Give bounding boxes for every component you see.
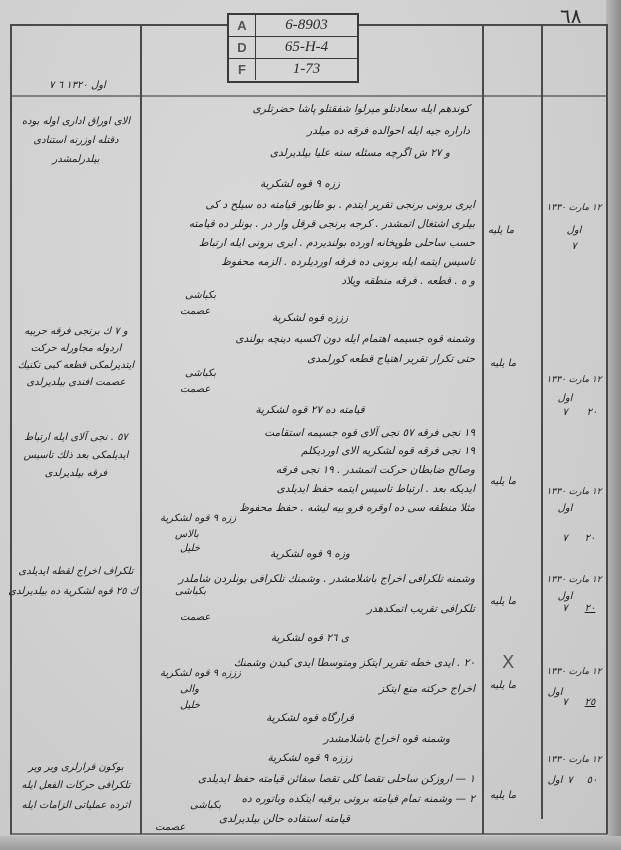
remark-line: اثرده عملياتى الزامات ايله	[14, 796, 138, 815]
body-line: تاسيس ايتمه ايله برونى ده فرقه اورديلرده…	[150, 253, 475, 272]
section-heading: وزه ٩ قوه لشكرية	[220, 548, 400, 560]
stamp-row-a: A 6-8903	[229, 15, 357, 37]
body-line: و ه . قطعه . فرقه منطقه ويلاد	[150, 272, 475, 291]
body-line: حتى تكرار تقرير اهتياج قطعه كورلمدى	[150, 350, 475, 369]
signature-rank: بكباشى	[175, 586, 206, 597]
date-line: ٢٥	[578, 694, 602, 711]
col-divider-remarks	[140, 24, 142, 834]
date-line: ٧	[563, 772, 577, 789]
body-line: حسب ساحلى طوپخانه اورده بولنديردم . ايرى…	[150, 234, 475, 253]
header-rule-2	[10, 95, 607, 97]
date-line: ٥٠	[580, 772, 604, 789]
signature-name: خليل	[180, 543, 200, 554]
remark-line: تلكراف اخراج لقطه ايديلدى	[14, 562, 138, 581]
date-line: ٢٠	[578, 600, 602, 617]
location-cell: ما يليه	[488, 225, 514, 236]
section-heading: قيامته ده ٢٧ قوه لشكرية	[220, 404, 400, 416]
stamp-row-d: D 65-H-4	[229, 37, 357, 59]
remark-line: عصمت افندى بيلديرلدى	[14, 373, 138, 392]
signature-rank: بكباشى	[185, 368, 216, 379]
signature-name: عصمت	[180, 384, 210, 395]
date-line: ١٢ مارت ١٣٣٠	[545, 572, 603, 589]
section-heading: ززه ٩ قوه لشكرية	[200, 178, 400, 190]
signature-name: عصمت	[155, 822, 185, 833]
signature-rank: بكباشى	[185, 290, 216, 301]
left-border	[10, 24, 12, 834]
body-line: ١٩ نجى فرقه ٥٧ نجى آلاى قوه جسيمه استقام…	[150, 424, 475, 443]
sub-heading: زززه ٩ قوه لشكرية	[220, 752, 400, 764]
x-mark: X	[502, 652, 514, 673]
stamp-value: 65-H-4	[256, 37, 357, 58]
signature-name: عصمت	[180, 612, 210, 623]
body-line: داراره جيه ايله احوالده فرقه ده ميلدر	[150, 122, 470, 141]
date-line: ٢٠	[578, 530, 602, 547]
date-line: اول	[545, 222, 603, 239]
signature-name: عصمت	[180, 306, 210, 317]
date-line: اول	[545, 772, 565, 789]
remark-line: ايديلمكى بعد ذلك تاسيس	[14, 446, 138, 465]
pre-body-line: وشمنه قوه اخراج باشلامشدر	[150, 730, 450, 749]
col-divider-text	[482, 24, 484, 834]
date-line: ٧	[545, 404, 585, 421]
body-line: بيلرى اشتغال اتمشدر . كرجه برنجى قرقل وا…	[150, 215, 475, 234]
body-line: وشمنه قوه جسيمه اهتمام ايله دون اكسيه دي…	[150, 330, 475, 349]
stamp-key: A	[229, 15, 256, 36]
stamp-key: F	[229, 59, 256, 80]
body-line: ١٩ نجى فرقه قوه لشكريه الاى اورديكلم	[150, 442, 475, 461]
page-edge-shadow	[606, 0, 621, 850]
footer-rule	[10, 833, 607, 835]
signature-rank: والى	[180, 684, 199, 695]
remark-line: تلكرافى حركات الفعل ايله	[14, 776, 138, 795]
remark-line: ٥٧ . نجى آلاى ايله ارتباط	[14, 428, 138, 447]
date-line: ١٢ مارت ١٣٣٠	[545, 664, 603, 681]
body-line: ايرى برونى برنجى تقرير ايتدم . بو طابور …	[150, 196, 475, 215]
body-line: وصالح ضابطان حركت اتمشدر . ١٩ نجى فرقه	[150, 461, 475, 480]
date-line: اول	[545, 500, 585, 517]
body-line: ايديكه بعد . ارتباط تاسيس ايتمه حفظ ايدي…	[150, 480, 475, 499]
location-cell: ما يليه	[490, 680, 516, 691]
date-line: ١٢ مارت ١٣٣٠	[545, 484, 603, 501]
remark-line: دقتله اوزرنه استنادى	[14, 131, 138, 150]
section-heading: قرارگاه قوه لشكرية	[220, 712, 400, 724]
stamp-value: 6-8903	[256, 15, 357, 36]
remark-line: ك ٢٥ قوه لشكرية ده بيلديرلدى	[14, 582, 138, 601]
location-cell: ما يليه	[490, 790, 516, 801]
date-line: ١٢ مارت ١٣٣٠	[545, 200, 603, 217]
signature-rank: بالاس	[175, 529, 199, 540]
date-line: ١٢ مارت ١٣٣٠	[545, 372, 603, 389]
page-number: ٦٨	[560, 4, 581, 28]
date-line: ٧	[545, 238, 603, 255]
date-line: ١٢ مارت ١٣٣٠	[545, 752, 603, 769]
location-cell: ما يليه	[490, 358, 516, 369]
section-heading: زززه قوه لشكرية	[220, 312, 400, 324]
signature-unit: ززه ٩ قوه لشكرية	[160, 513, 236, 524]
location-cell: ما يليه	[490, 476, 516, 487]
remark-line: فرقه بيلديرلدى	[14, 464, 138, 483]
header-left-date: اول ١٣٢٠ ٦ ٧	[20, 76, 135, 95]
location-cell: ما يليه	[490, 596, 516, 607]
page-bottom-shadow	[0, 836, 621, 850]
archive-stamp: A 6-8903 D 65-H-4 F 1-73	[227, 13, 359, 83]
body-line: ١ — اروزكن ساحلى تقصا كلى تقصا سفائن قيا…	[150, 770, 475, 789]
right-border	[606, 24, 608, 834]
remark-line: بوكون قرارلرى وير وير	[14, 758, 138, 777]
stamp-value: 1-73	[256, 59, 357, 80]
body-line: و ٢٧ ش اگرچه مسئله سنه عليا بيلديرلدى	[150, 144, 450, 163]
section-heading: ى ٢٦ قوه لشكرية	[220, 632, 400, 644]
remark-line: الاى اوراق ادارى اوله بوده	[14, 112, 138, 131]
stamp-row-f: F 1-73	[229, 59, 357, 80]
remark-line: بيلدرلمشدر	[14, 150, 138, 169]
date-line: ٢٠	[580, 404, 604, 421]
signature-name: خليل	[180, 700, 200, 711]
body-line: كوندهم ايله سعادتلو ميرلوا شفقتلو پاشا ح…	[150, 100, 470, 119]
signature-unit: زززه ٩ قوه لشكرية	[160, 668, 241, 679]
stamp-key: D	[229, 37, 256, 58]
signature-rank: بكباشى	[190, 800, 221, 811]
